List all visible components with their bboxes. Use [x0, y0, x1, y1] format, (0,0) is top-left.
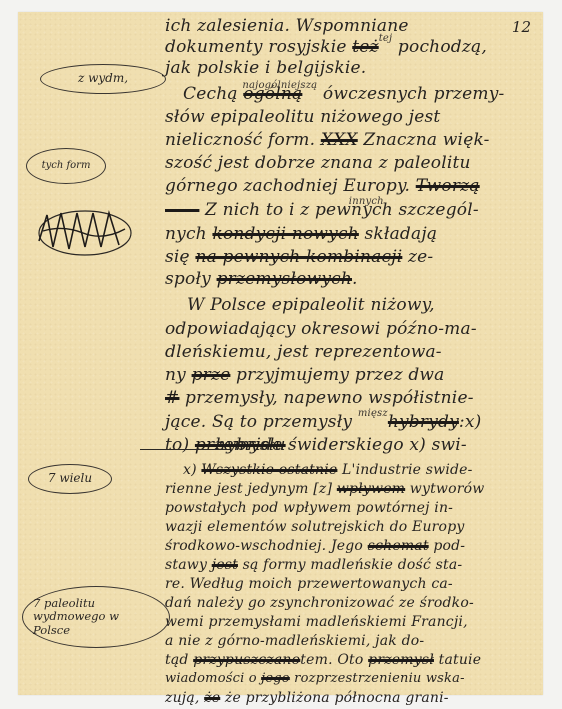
footnote-line: a nie z górno-madleńskiemi, jak do- — [165, 633, 424, 649]
text-line: # przemysły, napewno współistnie- — [165, 388, 474, 408]
struck-word: też — [352, 37, 378, 57]
struck-word: XXX — [321, 130, 358, 150]
footnote-line: środkowo-wschodniej. Jego schemat pod- — [165, 538, 465, 554]
text-line: —— Z nich to i z pewnych szczegól-innych — [165, 200, 384, 220]
struck-word: kondycji nowych — [212, 224, 358, 244]
struck-word: na pewnych kombinacji — [195, 247, 402, 267]
text-line: ich zalesienia. Wspomniane — [165, 16, 409, 36]
inserted-word: tej — [379, 33, 393, 44]
text-line: Cechą ogólnąnajogólniejszą ówczesnych pr… — [165, 84, 505, 104]
text-line: się na pewnych kombinacji ze- — [165, 247, 433, 267]
margin-note-paleolitu-wydmowego: 7 paleolitu wydmowego w Polsce — [22, 586, 170, 648]
crossed-out-note-scribble — [33, 207, 133, 259]
manuscript-page: 12 ich zalesienia. Wspomniane dokumenty … — [18, 12, 543, 695]
struck-word: jego — [261, 671, 290, 686]
footnote-line: rienne jest jedynym [z] wpływem wytworów — [165, 481, 484, 497]
struck-word: wpływem — [337, 481, 405, 497]
struck-word: jest — [212, 557, 238, 573]
footnote-line: tąd przypuszczanotem. Oto przemysł tatui… — [165, 652, 481, 668]
text-line: dokumenty rosyjskie teżtej pochodzą, — [165, 37, 487, 57]
struck-word: przypuszczano — [193, 652, 300, 668]
footnote-line: powstałych pod wpływem powtórnej in- — [165, 500, 453, 516]
struck-word: Tworzą — [416, 176, 480, 196]
struck-word: przemysł — [368, 652, 434, 668]
text-line: dleńskiemu, jest reprezentowa- — [165, 342, 442, 362]
inserted-word: mięsz — [358, 408, 388, 419]
struck-word: hybrydy — [388, 412, 459, 432]
text-line: górnego zachodniej Europy. Tworzą — [165, 176, 480, 196]
text-line: W Polsce epipaleolit niżowy, — [165, 295, 435, 315]
footnote-line: x) Wszystkie ostatnie L'industrie swide- — [165, 462, 473, 478]
text-line: społy przemysłowych. — [165, 269, 358, 289]
footnote-line: wiadomości o jego rozprzestrzenieniu wsk… — [165, 671, 465, 686]
footnote-line: zują, że że przybliżona północna grani- — [165, 690, 449, 706]
footnote-divider — [140, 449, 230, 450]
struck-word: # — [165, 388, 179, 408]
page-number: 12 — [512, 18, 531, 36]
text-line: nych kondycji nowych składają — [165, 224, 437, 244]
struck-word: przemysłu — [195, 435, 286, 455]
struck-word: przemysłowych — [217, 269, 352, 289]
text-line: ny prze przyjmujemy przez dwa — [165, 365, 445, 385]
footnote-line: wazji elementów solutrejskich do Europy — [165, 519, 464, 535]
text-line: to) przemysłu — [165, 435, 286, 455]
struck-word: że — [204, 690, 220, 706]
text-line: jące. Są to przemysły mięszhybrydy:x) — [165, 412, 481, 432]
text-line: szość jest dobrze znana z paleolitu — [165, 153, 471, 173]
text-line: odpowiadający okresowi późno-ma- — [165, 319, 477, 339]
text-line: nieliczność form. XXX Znaczna więk- — [165, 130, 490, 150]
margin-note-wielu: 7 wielu — [28, 464, 112, 494]
footnote-line: wemi przemysłami madleńskiemi Francji, — [165, 614, 468, 630]
struck-word: prze — [192, 365, 231, 385]
footnote-line: re. Według moich przewertowanych ca- — [165, 576, 453, 592]
text-line: jak polskie i belgijskie. — [165, 58, 366, 78]
margin-note-tych-form: tych form — [26, 148, 106, 184]
struck-word: —— — [165, 200, 199, 220]
inserted-word: innych — [349, 196, 384, 207]
struck-word: schemat — [368, 538, 429, 554]
inserted-word: najogólniejszą — [242, 80, 317, 91]
footnote-line: dań należy go zsynchronizować ze środko- — [165, 595, 474, 611]
text-line: słów epipaleolitu niżowego jest — [165, 107, 440, 127]
margin-note-z-wydm: z wydm, — [40, 64, 166, 94]
struck-word: Wszystkie ostatnie — [201, 462, 337, 478]
footnote-line: stawy jest są formy madleńskie dość sta- — [165, 557, 462, 573]
